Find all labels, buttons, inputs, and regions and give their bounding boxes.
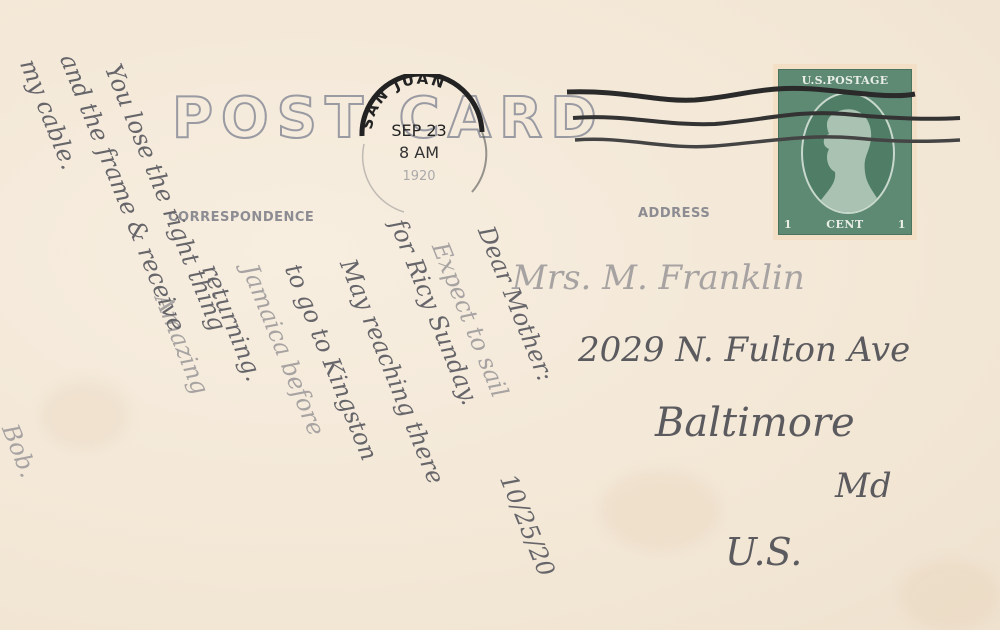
address-label: ADDRESS xyxy=(638,206,710,221)
paper-stain xyxy=(40,380,130,450)
stamp-value-left: 1 xyxy=(784,218,792,231)
address-line-city: Baltimore xyxy=(655,400,855,446)
postmark-time: 8 AM xyxy=(399,143,439,162)
stamp-value-right: 1 xyxy=(898,218,906,231)
cancellation-lines xyxy=(565,80,965,160)
stamp-value: 1 CENT 1 xyxy=(779,218,911,231)
paper-stain xyxy=(900,560,1000,630)
paper-stain xyxy=(600,470,720,550)
postmark: SAN JUAN SEP 23 8 AM 1920 xyxy=(344,74,494,224)
postcard-back: POST CARD CORRESPONDENCE ADDRESS SAN JUA… xyxy=(0,0,1000,630)
address-line-street: 2029 N. Fulton Ave xyxy=(578,330,910,370)
postmark-year: 1920 xyxy=(402,169,435,184)
postmark-date: SEP 23 xyxy=(391,121,446,140)
address-line-state: Md xyxy=(835,466,892,506)
message-date: 10/25/20 xyxy=(494,470,560,580)
message-signature: Bob. xyxy=(0,420,43,482)
address-line-name: Mrs. M. Franklin xyxy=(512,258,805,298)
address-line-country: U.S. xyxy=(725,530,802,574)
stamp-value-text: CENT xyxy=(826,218,863,231)
